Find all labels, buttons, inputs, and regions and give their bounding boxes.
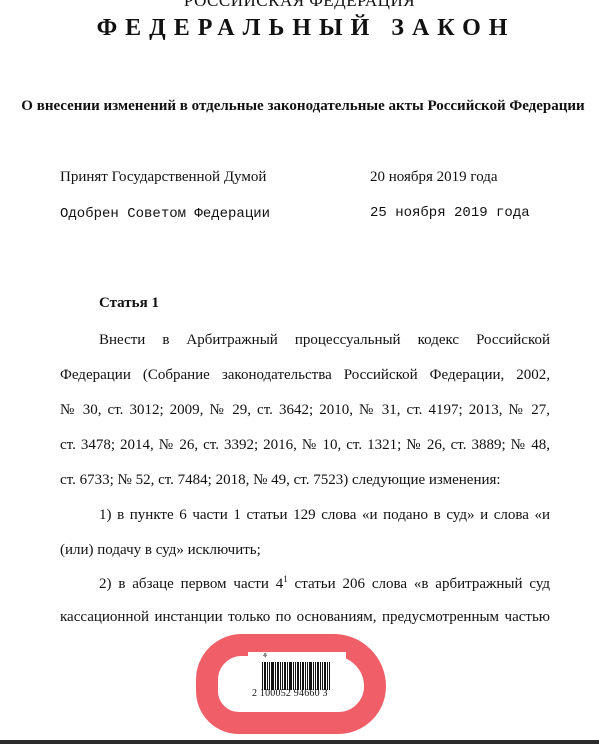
item-1-line: 1) в пункте 6 части 1 статьи 129 слова «… <box>60 507 550 524</box>
article-text-line: Федерации (Собрание законодательства Рос… <box>60 367 550 384</box>
item-2-line: 2) в абзаце первом части 41 статьи 206 с… <box>60 574 550 593</box>
item-2-line: кассационной инстанции только по основан… <box>60 609 550 626</box>
council-label: Одобрен Советом Федерации <box>60 206 270 222</box>
bottom-border <box>0 740 599 744</box>
article-text-line: № 30, ст. 3012; 2009, № 29, ст. 3642; 20… <box>60 402 550 419</box>
barcode: ⚘ 2 100052 94660 3 <box>248 652 346 702</box>
barcode-digits: 2 100052 94660 3 <box>252 688 328 699</box>
article-title: Статья 1 <box>99 295 159 312</box>
law-type-title: ФЕДЕРАЛЬНЫЙ ЗАКОН <box>0 15 599 42</box>
article-text-line: Внести в Арбитражный процессуальный коде… <box>60 332 550 349</box>
law-subject: О внесении изменений в отдельные законод… <box>0 97 599 116</box>
barcode-logo-icon: ⚘ <box>262 652 268 660</box>
item-2-text: статьи 206 слова «в арбитражный суд <box>288 576 550 592</box>
country-name: РОССИЙСКАЯ ФЕДЕРАЦИЯ <box>0 0 599 11</box>
item-1-line: (или) подачу в суд» исключить; <box>60 542 550 559</box>
item-2-text: 2) в абзаце первом части 4 <box>99 576 283 592</box>
duma-label: Принят Государственной Думой <box>60 169 266 186</box>
article-text-line: ст. 3478; 2014, № 26, ст. 3392; 2016, № … <box>60 437 550 454</box>
duma-date: 20 ноября 2019 года <box>370 169 498 186</box>
council-date: 25 ноября 2019 года <box>370 205 530 221</box>
barcode-bars <box>262 662 332 690</box>
article-text-line: ст. 6733; № 52, ст. 7484; 2018, № 49, ст… <box>60 472 550 489</box>
